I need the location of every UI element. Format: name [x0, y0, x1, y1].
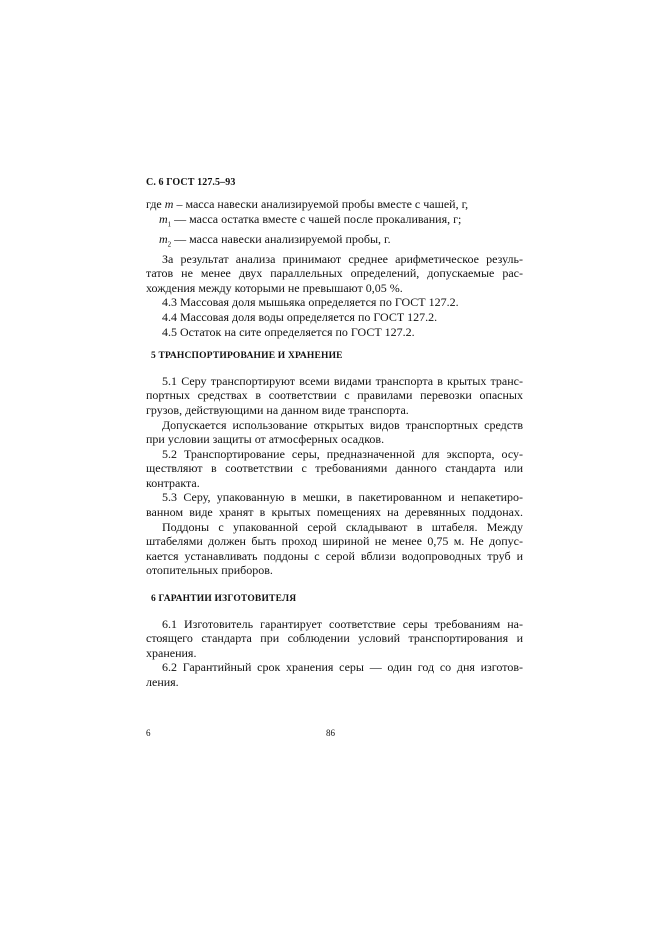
running-header: С. 6 ГОСТ 127.5–93: [146, 177, 235, 188]
para-5-3: ванном виде хранят в крытых помещениях н…: [146, 505, 523, 520]
para-6-2: ления.: [146, 675, 523, 690]
para-6-1: 6.1 Изготовитель гарантирует соответстви…: [146, 617, 523, 632]
para-5-3b: отопительных приборов.: [146, 563, 523, 578]
para-5-1: 5.1 Серу транспортируют всеми видами тра…: [146, 374, 523, 389]
para-6-1: стоящего стандарта при соблюдении услови…: [146, 631, 523, 646]
formula-legend-m: где m – масса навески анализируемой проб…: [146, 197, 523, 212]
para-5-2: 5.2 Транспортирование серы, предназначен…: [146, 447, 523, 462]
item-4-5: 4.5 Остаток на сите определяется по ГОСТ…: [146, 325, 523, 340]
para-5-3b: кается устанавливать поддоны с серой вбл…: [146, 549, 523, 564]
formula-legend-m2: m2 — масса навески анализируемой пробы, …: [146, 232, 523, 252]
para-5-2: контракта.: [146, 476, 523, 491]
result-paragraph-line: татов не менее двух параллельных определ…: [146, 266, 523, 281]
para-5-2: ществляют в соответствии с требованиями …: [146, 461, 523, 476]
para-5-3b: штабелями должен быть проход шириной не …: [146, 534, 523, 549]
para-6-2: 6.2 Гарантийный срок хранения серы — оди…: [146, 660, 523, 675]
para-5-3: 5.3 Серу, упакованную в мешки, в пакетир…: [146, 490, 523, 505]
para-5-3b: Поддоны с упакованной серой складывают в…: [146, 520, 523, 535]
document-body: где m – масса навески анализируемой проб…: [146, 197, 523, 690]
page-number: 6: [146, 728, 151, 738]
para-5-1: портных средствах в соответствии с прави…: [146, 388, 523, 403]
para-5-1b: при условии защиты от атмосферных осадко…: [146, 432, 523, 447]
para-6-1: хранения.: [146, 646, 523, 661]
formula-legend-m1: m1 — масса остатка вместе с чашей после …: [146, 212, 523, 232]
item-4-3: 4.3 Массовая доля мышьяка определяется п…: [146, 295, 523, 310]
result-paragraph-line: За результат анализа принимают среднее а…: [146, 252, 523, 267]
result-paragraph-line: хождения между которыми не превышают 0,0…: [146, 281, 523, 296]
para-5-1b: Допускается использование открытых видов…: [146, 418, 523, 433]
item-4-4: 4.4 Массовая доля воды определяется по Г…: [146, 310, 523, 325]
sheet-number: 86: [326, 728, 335, 738]
para-5-1: грузов, действующими на данном виде тран…: [146, 403, 523, 418]
section-5-heading: 5 ТРАНСПОРТИРОВАНИЕ И ХРАНЕНИЕ: [146, 349, 523, 364]
section-6-heading: 6 ГАРАНТИИ ИЗГОТОВИТЕЛЯ: [146, 592, 523, 607]
